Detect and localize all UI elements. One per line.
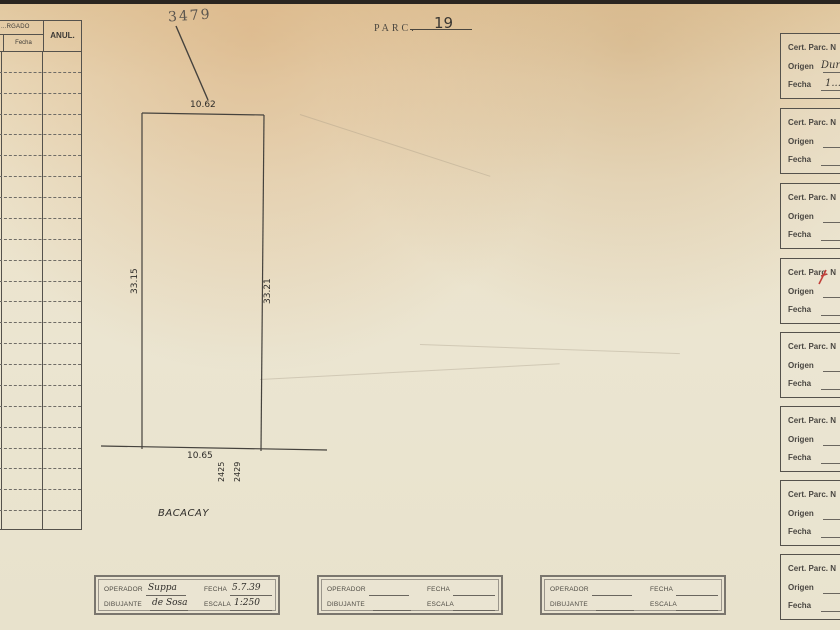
origen-field[interactable] — [823, 519, 840, 520]
origen-field[interactable] — [823, 222, 840, 223]
fecha-field[interactable] — [821, 389, 840, 390]
cert-box: Cert. Parc. N Origen Fecha — [780, 258, 840, 324]
table-row-rule — [0, 239, 81, 240]
table-row-rule — [0, 93, 81, 94]
escala-label: ESCALA — [650, 601, 677, 608]
register-header-group: ...RGADO — [0, 21, 43, 35]
table-row-rule — [0, 385, 81, 386]
table-row-rule — [0, 468, 81, 469]
fecha-value: 1... — [825, 78, 840, 89]
origen-label: Origen — [788, 509, 814, 518]
origen-field[interactable] — [823, 147, 840, 148]
cert-parc-label: Cert. Parc. N — [788, 416, 836, 425]
top-dimension: 10.62 — [190, 100, 216, 110]
table-column-rule — [1, 51, 2, 529]
fecha-field[interactable] — [821, 611, 840, 612]
cert-box: Cert. Parc. N Origen Fecha — [780, 108, 840, 174]
cert-box: Cert. Parc. N Origen Durl... Fecha 1... — [780, 33, 840, 99]
origen-field[interactable] — [823, 445, 840, 446]
cert-parc-label: Cert. Parc. N — [788, 43, 836, 52]
escala-label: ESCALA — [204, 601, 231, 608]
table-row-rule — [0, 510, 81, 511]
origen-label: Origen — [788, 583, 814, 592]
register-header-anul: ANUL. — [43, 21, 81, 51]
title-block: OPERADOR FECHA DIBUJANTE ESCALA — [317, 575, 503, 615]
table-row-rule — [0, 322, 81, 323]
paper-crease — [420, 344, 680, 354]
table-row-rule — [0, 176, 81, 177]
register-header-fecha: Fecha — [3, 35, 43, 51]
cert-box: Cert. Parc. N Origen Fecha — [780, 480, 840, 546]
operador-field[interactable] — [146, 595, 186, 596]
parcel-outline — [95, 104, 335, 484]
table-row-rule — [0, 260, 81, 261]
cert-parc-label: Cert. Parc. N — [788, 118, 836, 127]
leader-line — [170, 14, 220, 109]
fecha-label: FECHA — [427, 586, 450, 593]
fecha-label: Fecha — [788, 453, 811, 462]
table-row-rule — [0, 114, 81, 115]
cert-parc-label: Cert. Parc. N — [788, 490, 836, 499]
cert-parc-label: Cert. Parc. N — [788, 193, 836, 202]
dibujante-label: DIBUJANTE — [104, 601, 142, 608]
escala-label: ESCALA — [427, 601, 454, 608]
fecha-field[interactable] — [821, 165, 840, 166]
fecha-label: Fecha — [788, 230, 811, 239]
operador-value: Suppa — [148, 583, 177, 593]
operador-label: OPERADOR — [550, 586, 589, 593]
table-row-rule — [0, 489, 81, 490]
bottom-dimension: 10.65 — [187, 451, 213, 461]
right-dimension: 33.21 — [263, 278, 273, 304]
fecha-field[interactable] — [821, 463, 840, 464]
table-row-rule — [0, 343, 81, 344]
table-row-rule — [0, 448, 81, 449]
fecha-field[interactable] — [821, 315, 840, 316]
cert-box: Cert. Parc. N Origen Fecha — [780, 406, 840, 472]
origen-label: Origen — [788, 361, 814, 370]
origen-label: Origen — [788, 287, 814, 296]
plan-sheet: 3479 PARC. 19 ...RGADO Fecha ANUL. 10.62… — [0, 4, 840, 630]
table-row-rule — [0, 427, 81, 428]
origen-field[interactable] — [823, 297, 840, 298]
table-row-rule — [0, 134, 81, 135]
table-row-rule — [0, 364, 81, 365]
cert-parc-label: Cert. Parc. N — [788, 564, 836, 573]
escala-field[interactable] — [453, 610, 495, 611]
fecha-label: Fecha — [788, 155, 811, 164]
door-number: 2425 — [217, 462, 226, 482]
table-row-rule — [0, 155, 81, 156]
fecha-label: Fecha — [788, 80, 811, 89]
cert-box: Cert. Parc. N Origen Fecha — [780, 332, 840, 398]
escala-value: 1:250 — [234, 598, 260, 608]
operador-label: OPERADOR — [104, 586, 143, 593]
origen-label: Origen — [788, 435, 814, 444]
operador-field[interactable] — [369, 595, 409, 596]
title-block: OPERADOR Suppa FECHA 5.7.39 DIBUJANTE de… — [94, 575, 280, 615]
fecha-label: Fecha — [788, 379, 811, 388]
fecha-field[interactable] — [676, 595, 718, 596]
cert-box: Cert. Parc. N Origen Fecha — [780, 183, 840, 249]
red-ink-mark — [816, 266, 830, 288]
header-divider — [0, 51, 81, 52]
fecha-label: FECHA — [204, 586, 227, 593]
origen-value: Durl... — [821, 60, 840, 71]
origen-label: Origen — [788, 137, 814, 146]
dibujante-value: de Sosa — [152, 598, 188, 608]
fecha-label: Fecha — [788, 527, 811, 536]
table-row-rule — [0, 281, 81, 282]
origen-field[interactable] — [823, 593, 840, 594]
dibujante-field[interactable] — [150, 610, 188, 611]
escala-field[interactable] — [230, 610, 272, 611]
left-dimension: 33.15 — [130, 268, 140, 294]
escala-field[interactable] — [676, 610, 718, 611]
fecha-field[interactable] — [821, 240, 840, 241]
fecha-field[interactable] — [453, 595, 495, 596]
cert-parc-label: Cert. Parc. N — [788, 342, 836, 351]
dibujante-field[interactable] — [373, 610, 411, 611]
table-row-rule — [0, 406, 81, 407]
fecha-field[interactable] — [821, 90, 840, 91]
operador-field[interactable] — [592, 595, 632, 596]
door-number: 2429 — [233, 462, 242, 482]
operador-label: OPERADOR — [327, 586, 366, 593]
table-row-rule — [0, 197, 81, 198]
dibujante-label: DIBUJANTE — [550, 601, 588, 608]
cert-box: Cert. Parc. N Origen Fecha — [780, 554, 840, 620]
table-row-rule — [0, 301, 81, 302]
fecha-label: Fecha — [788, 305, 811, 314]
fecha-field[interactable] — [821, 537, 840, 538]
origen-field[interactable] — [823, 72, 840, 73]
origen-field[interactable] — [823, 371, 840, 372]
street-name: BACACAY — [158, 508, 209, 519]
fecha-field[interactable] — [230, 595, 272, 596]
register-table: ...RGADO Fecha ANUL. — [0, 20, 82, 530]
table-row-rule — [0, 72, 81, 73]
title-block: OPERADOR FECHA DIBUJANTE ESCALA — [540, 575, 726, 615]
table-column-rule — [42, 51, 43, 529]
dibujante-label: DIBUJANTE — [327, 601, 365, 608]
origen-label: Origen — [788, 212, 814, 221]
fecha-label: FECHA — [650, 586, 673, 593]
fecha-label: Fecha — [788, 601, 811, 610]
parcel-number: 19 — [410, 14, 472, 30]
origen-label: Origen — [788, 62, 814, 71]
fecha-value: 5.7.39 — [232, 583, 261, 593]
table-row-rule — [0, 218, 81, 219]
dibujante-field[interactable] — [596, 610, 634, 611]
